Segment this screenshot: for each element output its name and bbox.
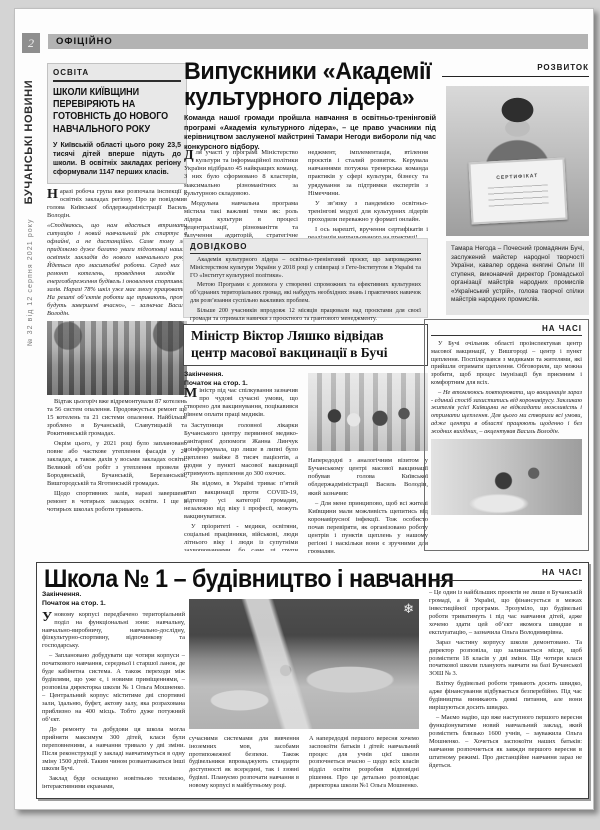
paragraph: – Заплановано добудувати ще чотири корпу… — [42, 652, 185, 723]
school-column-left: Закінчення. Початок на стор. 1. У новому… — [42, 591, 185, 793]
continuation-note: Закінчення. Початок на стор. 1. — [184, 371, 298, 389]
school-headline: Школа № 1 – будівництво і навчання — [44, 564, 481, 594]
paragraph: До ремонту та добудови ця школа могла пр… — [42, 726, 185, 774]
education-body: Наразі робоча група вже розпочала інспек… — [47, 188, 187, 514]
topical-box-vaccination: НА ЧАСІ У Бучі очільник області проінспе… — [424, 319, 589, 551]
academy-column-1: Для участі у програмі Міністерство культ… — [184, 149, 298, 239]
paragraph: Напередодні з аналогічним візитом у Буча… — [308, 457, 428, 498]
education-kicker: ОСВІТА — [53, 68, 181, 82]
paragraph: Відтак цьогоріч вже відремонтували 87 ко… — [47, 398, 187, 438]
paragraph: Заклад буде оснащено новітньою технікою,… — [42, 775, 185, 791]
topical-kicker: НА ЧАСІ — [431, 324, 582, 336]
certificate-text-lines — [488, 184, 549, 209]
education-lead: У Київській області цього року 23,5 тися… — [53, 141, 181, 178]
paragraph: Для участі у програмі Міністерство культ… — [184, 149, 298, 198]
drop-cap: Д — [184, 149, 196, 161]
drop-cap: М — [184, 387, 199, 399]
school-column-b: А напередодні першого вересня хочемо зас… — [309, 735, 419, 795]
paragraph: Окрім цього, у 2021 році було запланован… — [47, 440, 187, 488]
paragraph: У пріоритеті - медики, освітяни, соціаль… — [184, 523, 298, 551]
paragraph: Академія культурного лідера – освітньо-т… — [190, 257, 421, 280]
school-kicker: НА ЧАСІ — [432, 568, 582, 581]
construction-site-photo: ❄ — [189, 599, 419, 729]
academy-column-2: неджмент, імплементація, втілення проєкт… — [308, 149, 428, 239]
newspaper-name: БУЧАНСЬКІ НОВИНИ — [23, 80, 35, 205]
paragraph: – Маємо надію, що вже наступного першого… — [429, 714, 582, 770]
vaccination-headline-box: Міністр Віктор Ляшко відвідав центр масо… — [183, 324, 428, 366]
paragraph-quote: – Не втомлююсь повторювати, що вакцинаці… — [431, 389, 582, 436]
tamara-nehoda-photo: СЕРТИФІКАТ — [446, 86, 589, 236]
paragraph: Більше 200 учасників впродовж 12 місяців… — [190, 308, 421, 324]
academy-headline: Випускники «Академії культурного лідера» — [184, 59, 484, 110]
section-bar: ОФІЦІЙНО — [48, 34, 588, 49]
drop-cap: У — [42, 611, 54, 623]
paragraph: Метою Програми є допомога у створенні сп… — [190, 282, 421, 305]
education-panel: ОСВІТА ШКОЛИ КИЇВЩИНИ ПЕРЕВІРЯЮТЬ НА ГОТ… — [47, 63, 187, 184]
paragraph: У зв’язку з пандемією освітньо-тренінгов… — [308, 200, 428, 224]
school-building-photo — [47, 321, 187, 395]
masthead-vertical: № 32 від 12 серпня 2021 року БУЧАНСЬКІ Н… — [19, 46, 33, 346]
continuation-note: Початок на стор. 1. — [42, 600, 185, 609]
drop-cap: Н — [47, 188, 60, 200]
vaccination-point-photo — [431, 439, 582, 515]
paragraph: У новому корпусі передбачено територіаль… — [42, 611, 185, 651]
article-school-box: Школа № 1 – будівництво і навчання НА ЧА… — [36, 562, 589, 799]
paragraph-quote: «Сподіваюсь, що нам вдасться втримати си… — [47, 222, 187, 318]
certificate-in-photo: СЕРТИФІКАТ — [468, 158, 567, 225]
paragraph: Влітку будівельні роботи тривають досить… — [429, 680, 582, 712]
photo-caption: Тамара Негода – Почесний громадянин Бучі… — [446, 241, 589, 315]
newspaper-page: 2 ОФІЦІЙНО № 32 від 12 серпня 2021 року … — [14, 8, 594, 810]
paragraph: Модульна навчальна програма містила такі… — [184, 200, 298, 239]
paragraph: Як відомо, в Україні триває п’ятий етап … — [184, 480, 298, 521]
reference-box-body: Академія культурного лідера – освітньо-т… — [190, 257, 421, 323]
school-column-right: – Це один із найбільших проектів не лише… — [429, 589, 582, 793]
reference-box: ДОВІДКОВО Академія культурного лідера – … — [183, 238, 428, 318]
vaccination-column-1: Міністр під час спілкування зазначив про… — [184, 387, 298, 551]
development-kicker: РОЗВИТОК — [442, 63, 589, 77]
paragraph: Міністр під час спілкування зазначив про… — [184, 387, 298, 420]
academy-lead: Команда нашої громади пройшла навчання в… — [184, 113, 436, 152]
paragraph: А напередодні першого вересня хочемо зас… — [309, 735, 419, 790]
paragraph: Зараз частину корпусу школи демонтовано.… — [429, 639, 582, 679]
screenshot-root: { "page": { "number": "2", "section": "О… — [0, 0, 600, 830]
paragraph: – Це один із найбільших проектів не лише… — [429, 589, 582, 637]
certificate-label: СЕРТИФІКАТ — [471, 170, 563, 185]
paragraph: Заступниця головної лікарки Бучанського … — [184, 422, 298, 479]
education-headline: ШКОЛИ КИЇВЩИНИ ПЕРЕВІРЯЮТЬ НА ГОТОВНІСТЬ… — [53, 87, 196, 136]
topical-body: У Бучі очільник області проінспектував ц… — [431, 340, 582, 436]
paragraph: – Для мене принципово, щоб всі жителі Ки… — [308, 500, 428, 553]
paragraph: Наразі робоча група вже розпочала інспек… — [47, 188, 187, 220]
paragraph: У Бучі очільник області проінспектував ц… — [431, 340, 582, 387]
vaccination-center-photo — [308, 373, 428, 451]
reference-box-label: ДОВІДКОВО — [190, 242, 421, 254]
photo-watermark-snowflake-icon: ❄ — [403, 601, 414, 617]
section-label: ОФІЦІЙНО — [56, 36, 113, 47]
issue-date-label: № 32 від 12 серпня 2021 року — [27, 218, 34, 346]
paragraph: сучасними системами для вивчення іноземн… — [189, 735, 299, 790]
school-column-a: сучасними системами для вивчення іноземн… — [189, 735, 299, 795]
article-education: ОСВІТА ШКОЛИ КИЇВЩИНИ ПЕРЕВІРЯЮТЬ НА ГОТ… — [47, 63, 187, 516]
paragraph: неджмент, імплементація, втілення проєкт… — [308, 149, 428, 198]
continuation-note: Закінчення. — [42, 591, 185, 600]
vaccination-headline: Міністр Віктор Ляшко відвідав центр масо… — [191, 328, 420, 362]
vaccination-column-2: Напередодні з аналогічним візитом у Буча… — [308, 457, 428, 553]
paragraph: Щодо спортивних залів, наразі завершено … — [47, 490, 187, 514]
